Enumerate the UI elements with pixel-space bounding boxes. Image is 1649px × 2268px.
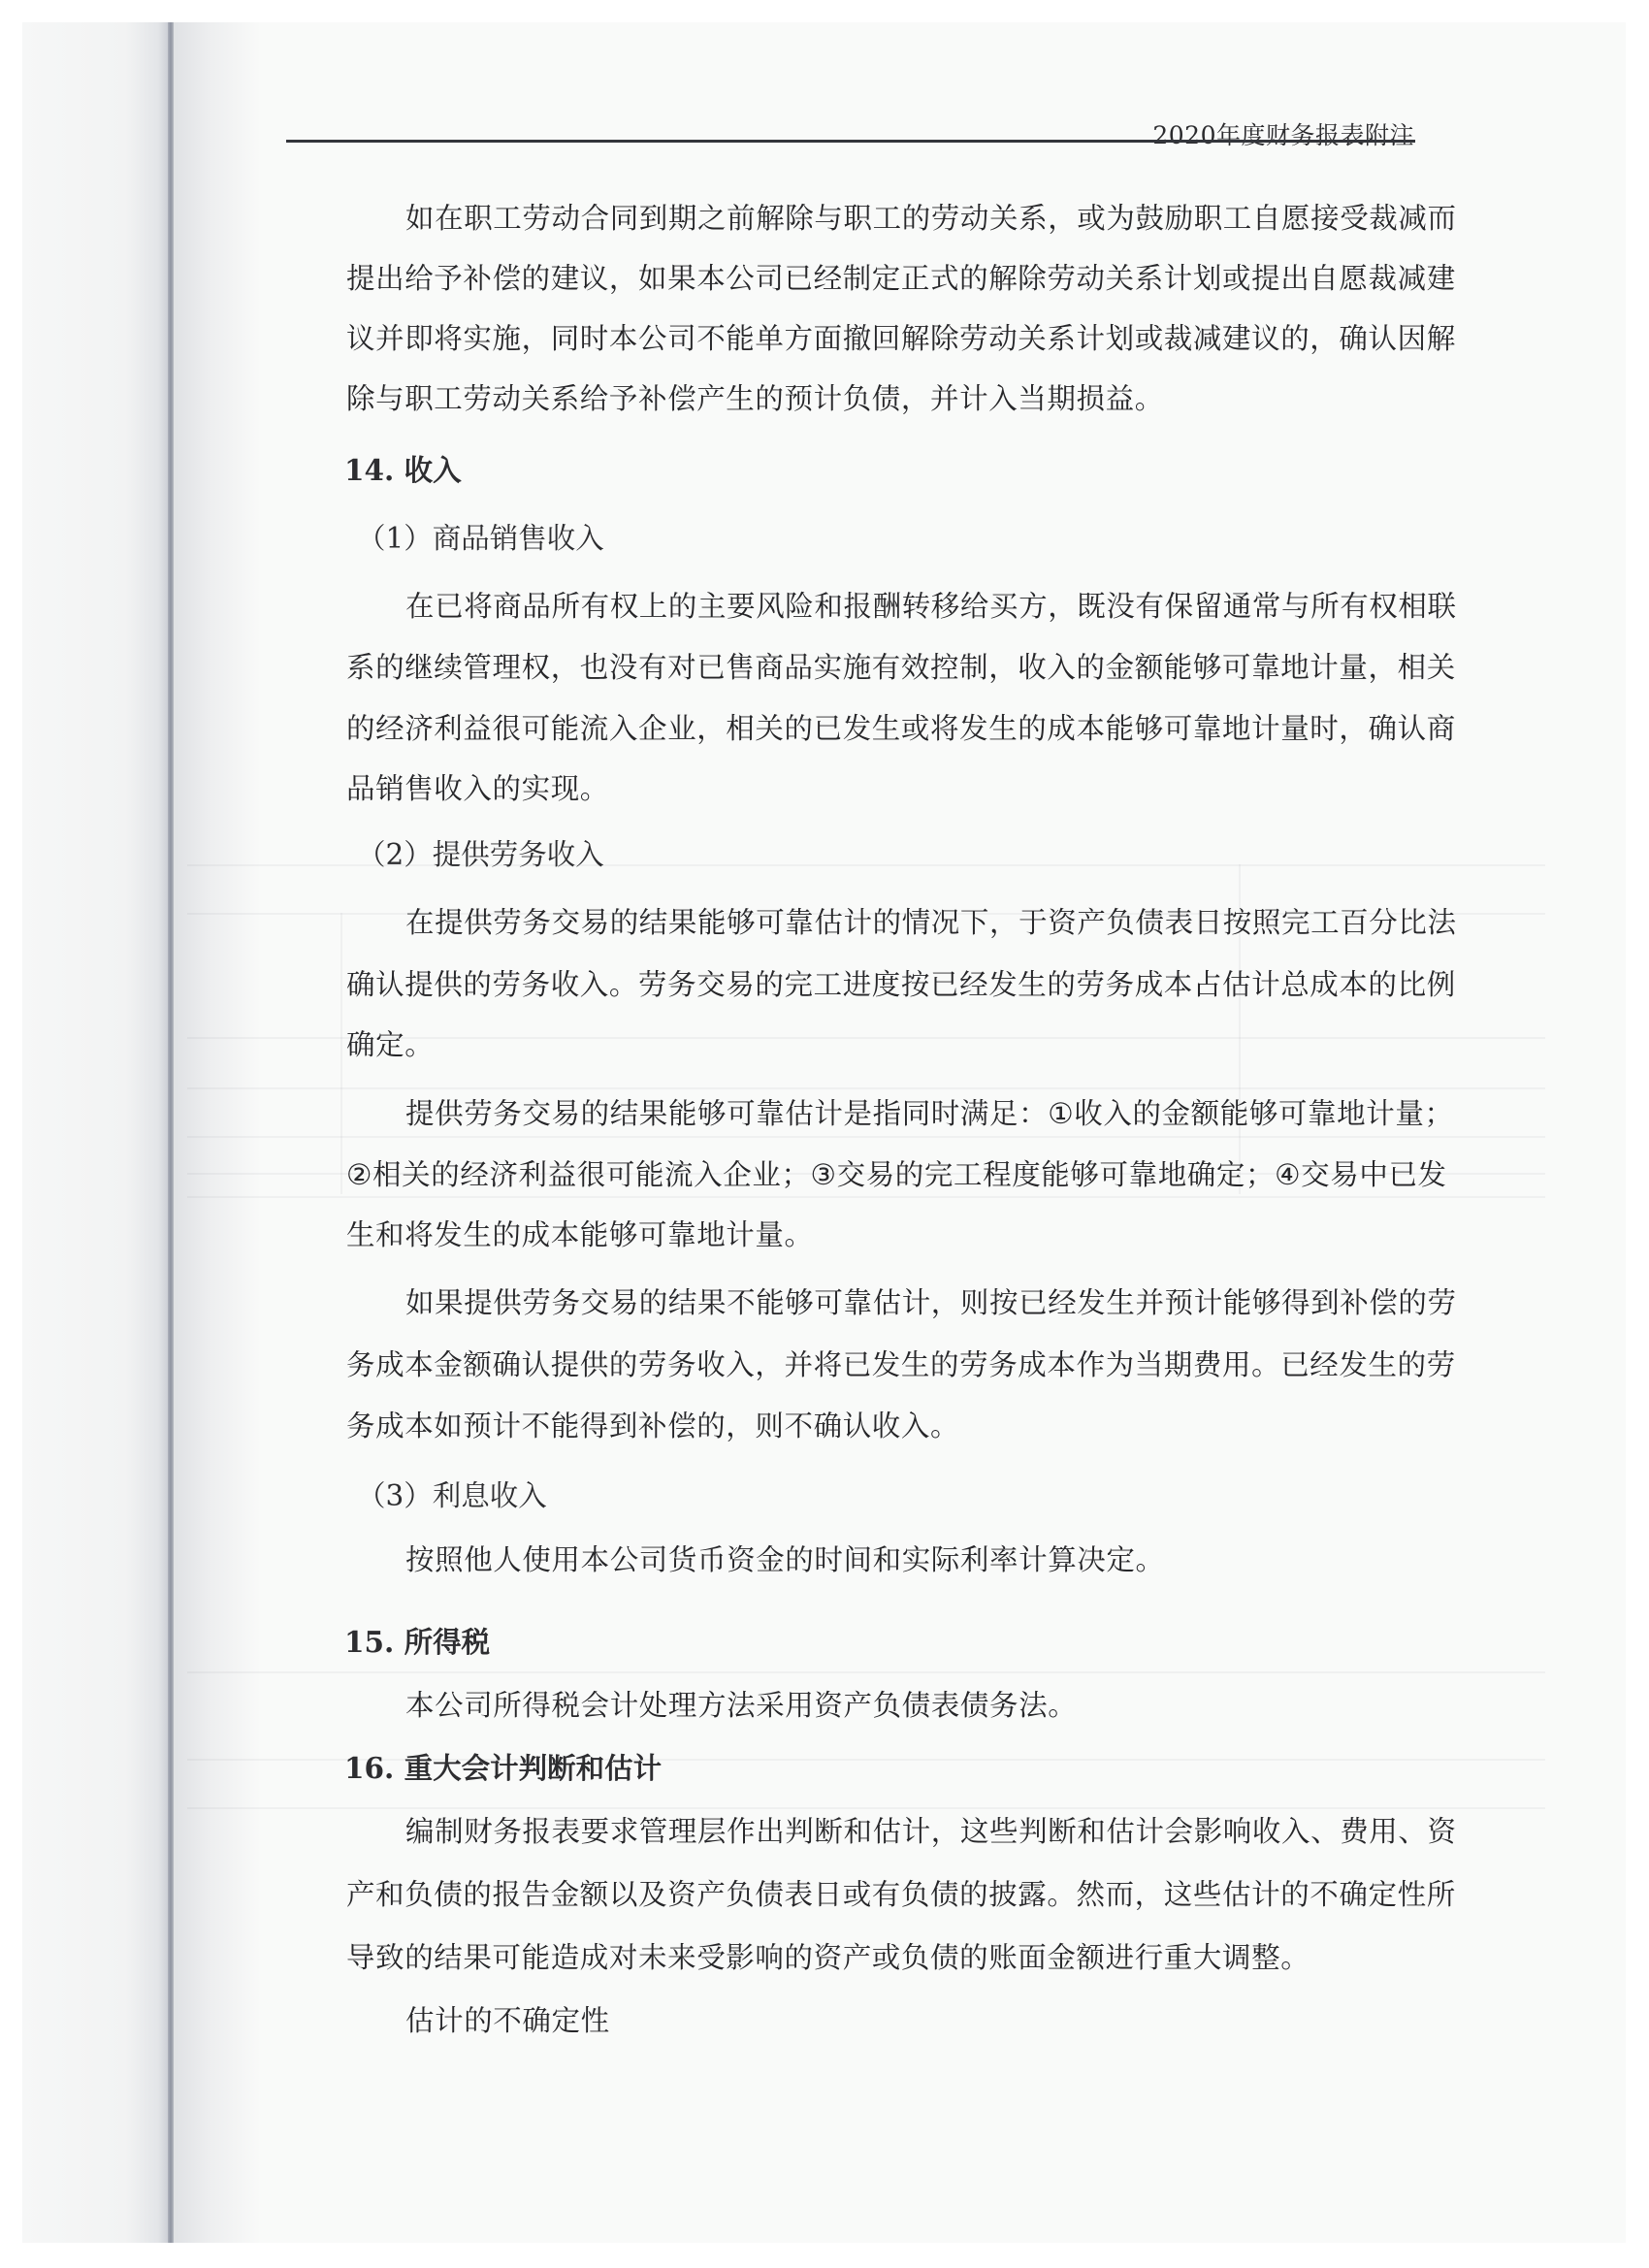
paragraph-line: 的经济利益很可能流入企业，相关的已发生或将发生的成本能够可靠地计量时，确认商 xyxy=(346,709,1409,748)
paragraph-line: 务成本金额确认提供的劳务收入，并将已发生的劳务成本作为当期费用。已经发生的劳 xyxy=(346,1345,1409,1384)
paragraph-line: 估计的不确定性 xyxy=(405,2001,610,2040)
paragraph-line: 本公司所得税会计处理方法采用资产负债表债务法。 xyxy=(405,1686,1077,1725)
show-through-rule xyxy=(187,1807,1545,1809)
subsection-heading-goods: （1）商品销售收入 xyxy=(357,519,604,558)
section-heading-15: 15. 所得税 xyxy=(344,1623,490,1662)
paragraph-line: 如在职工劳动合同到期之前解除与职工的劳动关系，或为鼓励职工自愿接受裁减而 xyxy=(405,199,1409,238)
paragraph-line: 系的继续管理权，也没有对已售商品实施有效控制，收入的金额能够可靠地计量，相关 xyxy=(346,648,1409,687)
running-header: 2020年度财务报表附注 xyxy=(1152,116,1414,151)
paragraph-line: 生和将发生的成本能够可靠地计量。 xyxy=(346,1215,814,1254)
paragraph-line: 如果提供劳务交易的结果不能够可靠估计，则按已经发生并预计能够得到补偿的劳 xyxy=(405,1283,1409,1322)
show-through-rule xyxy=(187,1196,1545,1198)
show-through-rule xyxy=(187,1087,1545,1089)
subsection-heading-interest: （3）利息收入 xyxy=(357,1476,547,1515)
paragraph-line: 提出给予补偿的建议，如果本公司已经制定正式的解除劳动关系计划或提出自愿裁减建 xyxy=(346,259,1409,298)
paragraph-line: 确认提供的劳务收入。劳务交易的完工进度按已经发生的劳务成本占估计总成本的比例 xyxy=(346,965,1409,1004)
scanned-page: 2020年度财务报表附注 如在职工劳动合同到期之前解除与职工的劳动关系，或为鼓励… xyxy=(22,22,1626,2243)
paragraph-line: 除与职工劳动关系给予补偿产生的预计负债，并计入当期损益。 xyxy=(346,379,1164,418)
paragraph-line: ②相关的经济利益很可能流入企业；③交易的完工程度能够可靠地确定；④交易中已发 xyxy=(346,1155,1409,1194)
binding-gradient xyxy=(174,22,261,2243)
paragraph-line: 导致的结果可能造成对未来受影响的资产或负债的账面金额进行重大调整。 xyxy=(346,1938,1309,1977)
section-heading-16: 16. 重大会计判断和估计 xyxy=(344,1749,662,1788)
show-through-rule xyxy=(187,1671,1545,1673)
paragraph-line: 在已将商品所有权上的主要风险和报酬转移给买方，既没有保留通常与所有权相联 xyxy=(405,587,1409,626)
subsection-heading-services: （2）提供劳务收入 xyxy=(357,835,604,874)
paragraph-line: 编制财务报表要求管理层作出判断和估计，这些判断和估计会影响收入、费用、资 xyxy=(405,1812,1409,1851)
paragraph-line: 在提供劳务交易的结果能够可靠估计的情况下，于资产负债表日按照完工百分比法 xyxy=(405,903,1409,942)
show-through-rule xyxy=(340,913,342,1194)
facing-page-edge xyxy=(22,22,170,2243)
paragraph-line: 品销售收入的实现。 xyxy=(346,769,609,808)
paragraph-line: 按照他人使用本公司货币资金的时间和实际利率计算决定。 xyxy=(405,1540,1165,1579)
paragraph-line: 议并即将实施，同时本公司不能单方面撤回解除劳动关系计划或裁减建议的，确认因解 xyxy=(346,319,1409,358)
paragraph-line: 产和负债的报告金额以及资产负债表日或有负债的披露。然而，这些估计的不确定性所 xyxy=(346,1875,1409,1914)
paragraph-line: 提供劳务交易的结果能够可靠估计是指同时满足：①收入的金额能够可靠地计量； xyxy=(405,1094,1409,1133)
paragraph-line: 确定。 xyxy=(346,1025,434,1064)
show-through-rule xyxy=(187,1136,1545,1138)
header-rule xyxy=(286,140,1415,143)
paragraph-line: 务成本如预计不能得到补偿的，则不确认收入。 xyxy=(346,1407,959,1445)
section-heading-14: 14. 收入 xyxy=(344,451,462,490)
